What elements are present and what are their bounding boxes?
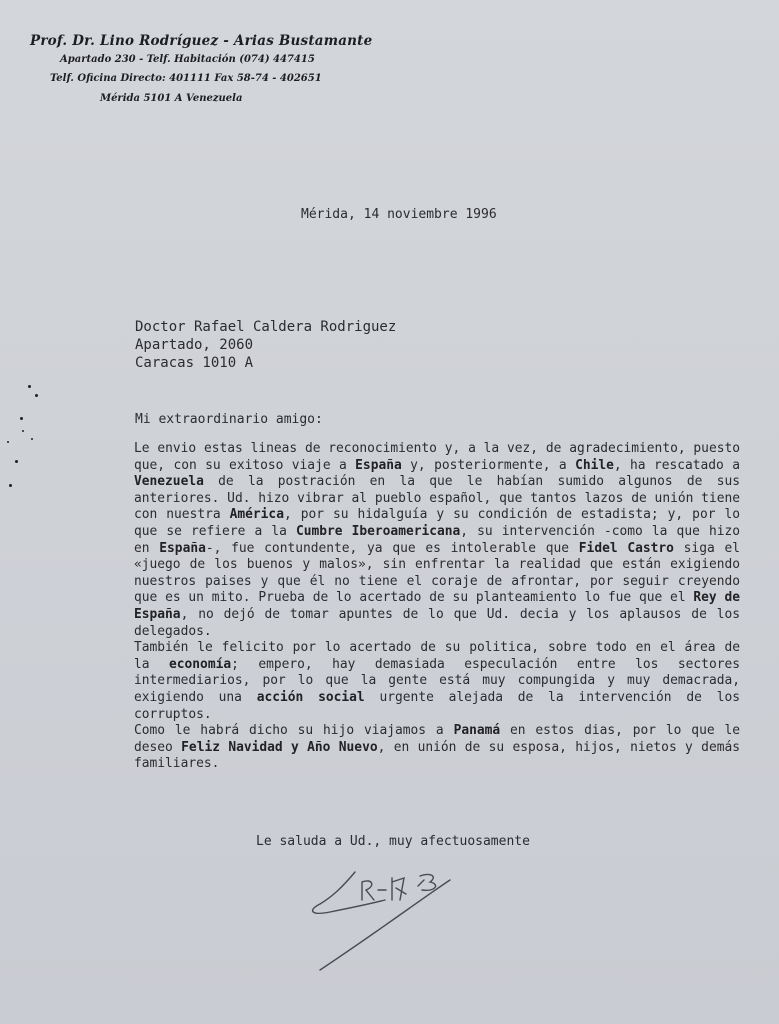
signature-icon [300,860,500,985]
body-paragraph: Le envio estas lineas de reconocimiento … [134,441,740,640]
letter-date: Mérida, 14 noviembre 1996 [301,207,497,222]
body-paragraph: También le felicito por lo acertado de s… [134,640,740,723]
emphasized-term: Feliz Navidad y Año Nuevo [181,740,377,755]
emphasized-term: economía [169,657,231,672]
recipient-name: Doctor Rafael Caldera Rodriguez [135,318,396,336]
letterhead-city-line: Mérida 5101 A Venezuela [100,93,242,104]
letter-body: Le envio estas lineas de reconocimiento … [134,441,740,773]
letterhead-name: Prof. Dr. Lino Rodríguez - Arias Bustama… [30,33,372,49]
body-paragraph: Como le habrá dicho su hijo viajamos a P… [134,723,740,773]
salutation: Mi extraordinario amigo: [135,412,323,427]
recipient-address-block: Doctor Rafael Caldera Rodriguez Apartado… [135,318,396,372]
emphasized-term: España [355,458,402,473]
emphasized-term: Panamá [454,723,501,738]
letterhead-phone-line: Telf. Oficina Directo: 401111 Fax 58-74 … [50,73,322,84]
recipient-postbox: Apartado, 2060 [135,336,396,354]
emphasized-term: Fidel Castro [579,541,674,556]
emphasized-term: América [230,507,284,522]
emphasized-term: acción social [257,690,365,705]
recipient-city: Caracas 1010 A [135,354,396,372]
closing-line: Le saluda a Ud., muy afectuosamente [256,834,530,849]
emphasized-term: Cumbre Iberoamericana [296,524,460,539]
emphasized-term: Chile [575,458,614,473]
letterhead-address-line: Apartado 230 - Telf. Habitación (074) 44… [60,54,315,65]
letterhead: Prof. Dr. Lino Rodríguez - Arias Bustama… [30,33,372,49]
emphasized-term: España [159,541,206,556]
emphasized-term: Venezuela [134,474,204,489]
